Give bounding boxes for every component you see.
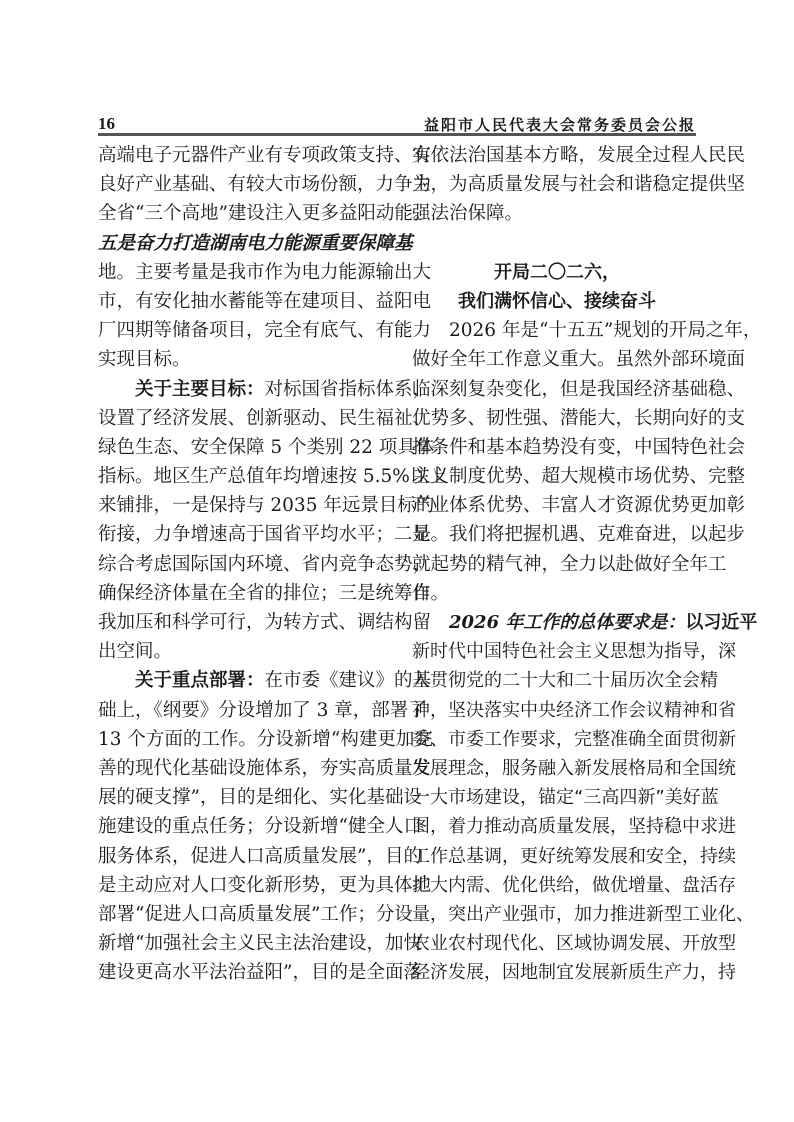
text-line: 主义制度优势、超大规模市场优势、完整 <box>412 462 702 491</box>
text-line: 发展理念，服务融入新发展格局和全国统 <box>412 754 702 783</box>
text-line: 确保经济体量在全省的排位；三是统筹自 <box>98 579 388 608</box>
text-line: 优势多、韧性强、潜能大，长期向好的支 <box>412 404 702 433</box>
page-header: 16 益阳市人民代表大会常务委员会公报 <box>98 112 696 134</box>
right-column: 实依法治国基本方略，发展全过程人民民 主，为高质量发展与社会和谐稳定提供坚 强法… <box>412 141 702 987</box>
text-line: 主，为高质量发展与社会和谐稳定提供坚 <box>412 170 702 199</box>
text-line: 设置了经济发展、创新驱动、民生福祉、 <box>98 404 388 433</box>
lead-general-requirements: 2026 年工作的总体要求是： <box>449 612 685 633</box>
text-span: 对标国省指标体系， <box>265 379 432 400</box>
paragraph-main-goals-first-line: 关于主要目标：对标国省指标体系， <box>98 375 388 404</box>
spacer <box>412 229 702 258</box>
text-line: 图，着力推动高质量发展，坚持稳中求进 <box>412 812 702 841</box>
text-line: 产业体系优势、丰富人才资源优势更加彰 <box>412 491 702 520</box>
text-line: 新时代中国特色社会主义思想为指导，深 <box>412 637 702 666</box>
text-line: 高端电子元器件产业有专项政策支持、有 <box>98 141 388 170</box>
text-line: 显。我们将把握机遇、克难奋进，以起步 <box>412 520 702 549</box>
text-line: 作。 <box>412 579 702 608</box>
lead-key-deployment: 关于重点部署： <box>135 670 265 691</box>
text-line: 部署“促进人口高质量发展”工作；分设 <box>98 900 388 929</box>
text-line: 临深刻复杂变化，但是我国经济基础稳、 <box>412 375 702 404</box>
text-line: 建设更高水平法治益阳”，目的是全面落 <box>98 958 388 987</box>
text-span: 在市委《建议》的基 <box>265 670 432 691</box>
text-line: 一大市场建设，锚定“三高四新”美好蓝 <box>412 783 702 812</box>
text-line: 厂四期等储备项目，完全有底气、有能力 <box>98 316 388 345</box>
text-line: 我加压和科学可行，为转方式、调结构留 <box>98 608 388 637</box>
text-line: 入贯彻党的二十大和二十届历次全会精 <box>412 666 702 695</box>
text-line: 绿色生态、安全保障 5 个类别 22 项具体 <box>98 433 388 462</box>
text-line: 实现目标。 <box>98 345 388 374</box>
header-rule <box>98 133 696 136</box>
section-heading-line-2: 我们满怀信心、接续奋斗 <box>412 287 702 316</box>
text-line: 良好产业基础、有较大市场份额，力争为 <box>98 170 388 199</box>
text-line: 善的现代化基础设施体系，夯实高质量发 <box>98 754 388 783</box>
paragraph-key-deployment-first-line: 关于重点部署：在市委《建议》的基 <box>98 666 388 695</box>
text-line: 经济发展，因地制宜发展新质生产力，持 <box>412 958 702 987</box>
journal-title: 益阳市人民代表大会常务委员会公报 <box>424 114 696 135</box>
text-line: 展的硬支撑”，目的是细化、实化基础设 <box>98 783 388 812</box>
left-column: 高端电子元器件产业有专项政策支持、有 良好产业基础、有较大市场份额，力争为 全省… <box>98 141 388 987</box>
text-line: 衔接，力争增速高于国省平均水平；二是 <box>98 520 388 549</box>
text-span: 以习近平 <box>685 612 757 633</box>
lead-main-goals: 关于主要目标： <box>135 379 265 400</box>
text-line: 全省“三个高地”建设注入更多益阳动能。 <box>98 199 388 228</box>
text-line: 服务体系，促进人口高质量发展”，目的 <box>98 842 388 871</box>
text-line: 做好全年工作意义重大。虽然外部环境面 <box>412 345 702 374</box>
text-line: 农业农村现代化、区域协调发展、开放型 <box>412 929 702 958</box>
text-line: 施建设的重点任务；分设新增“健全人口 <box>98 812 388 841</box>
page-number: 16 <box>98 114 115 134</box>
text-line: 就起势的精气神，全力以赴做好全年工 <box>412 550 702 579</box>
text-line: 础上，《纲要》分设增加了 3 章，部署了 <box>98 696 388 725</box>
section-heading-line-1: 开局二〇二六， <box>412 258 702 287</box>
text-line: 出空间。 <box>98 637 388 666</box>
text-line: 新增“加强社会主义民主法治建设，加快 <box>98 929 388 958</box>
text-line: 来铺排，一是保持与 2035 年远景目标的 <box>98 491 388 520</box>
text-line: 市，有安化抽水蓄能等在建项目、益阳电 <box>98 287 388 316</box>
text-line: 扩大内需、优化供给，做优增量、盘活存 <box>412 871 702 900</box>
text-line: 撑条件和基本趋势没有变，中国特色社会 <box>412 433 702 462</box>
text-line: 实依法治国基本方略，发展全过程人民民 <box>412 141 702 170</box>
text-line: 综合考虑国际国内环境、省内竞争态势， <box>98 550 388 579</box>
text-line: 量，突出产业强市，加力推进新型工业化、 <box>412 900 702 929</box>
text-line: 神，坚决落实中央经济工作会议精神和省 <box>412 696 702 725</box>
text-line: 工作总基调，更好统筹发展和安全，持续 <box>412 842 702 871</box>
text-line: 地。主要考量是我市作为电力能源输出大 <box>98 258 388 287</box>
text-line: 13 个方面的工作。分设新增“构建更加完 <box>98 725 388 754</box>
emphasis-line: 五是奋力打造湖南电力能源重要保障基 <box>98 229 388 258</box>
text-line: 是主动应对人口变化新形势，更为具体地 <box>98 871 388 900</box>
text-line: 委、市委工作要求，完整准确全面贯彻新 <box>412 725 702 754</box>
text-line: 指标。地区生产总值年均增速按 5.5%以上 <box>98 462 388 491</box>
paragraph-general-requirements-first-line: 2026 年工作的总体要求是：以习近平 <box>412 608 702 637</box>
text-line: 强法治保障。 <box>412 199 702 228</box>
text-line: 2026 年是“十五五”规划的开局之年， <box>412 316 702 345</box>
